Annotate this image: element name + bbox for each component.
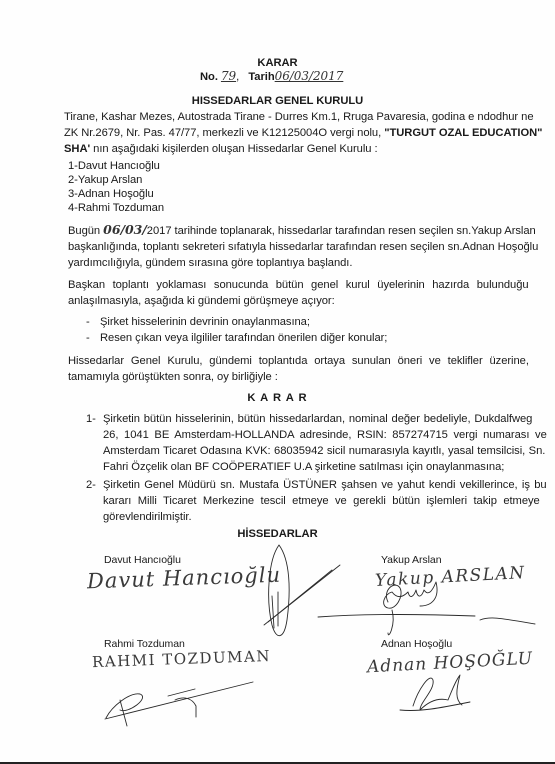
signature-strokes xyxy=(0,0,555,764)
document-page: KARAR No. 79, Tarih06/03/2017 HISSEDARLA… xyxy=(0,0,555,762)
